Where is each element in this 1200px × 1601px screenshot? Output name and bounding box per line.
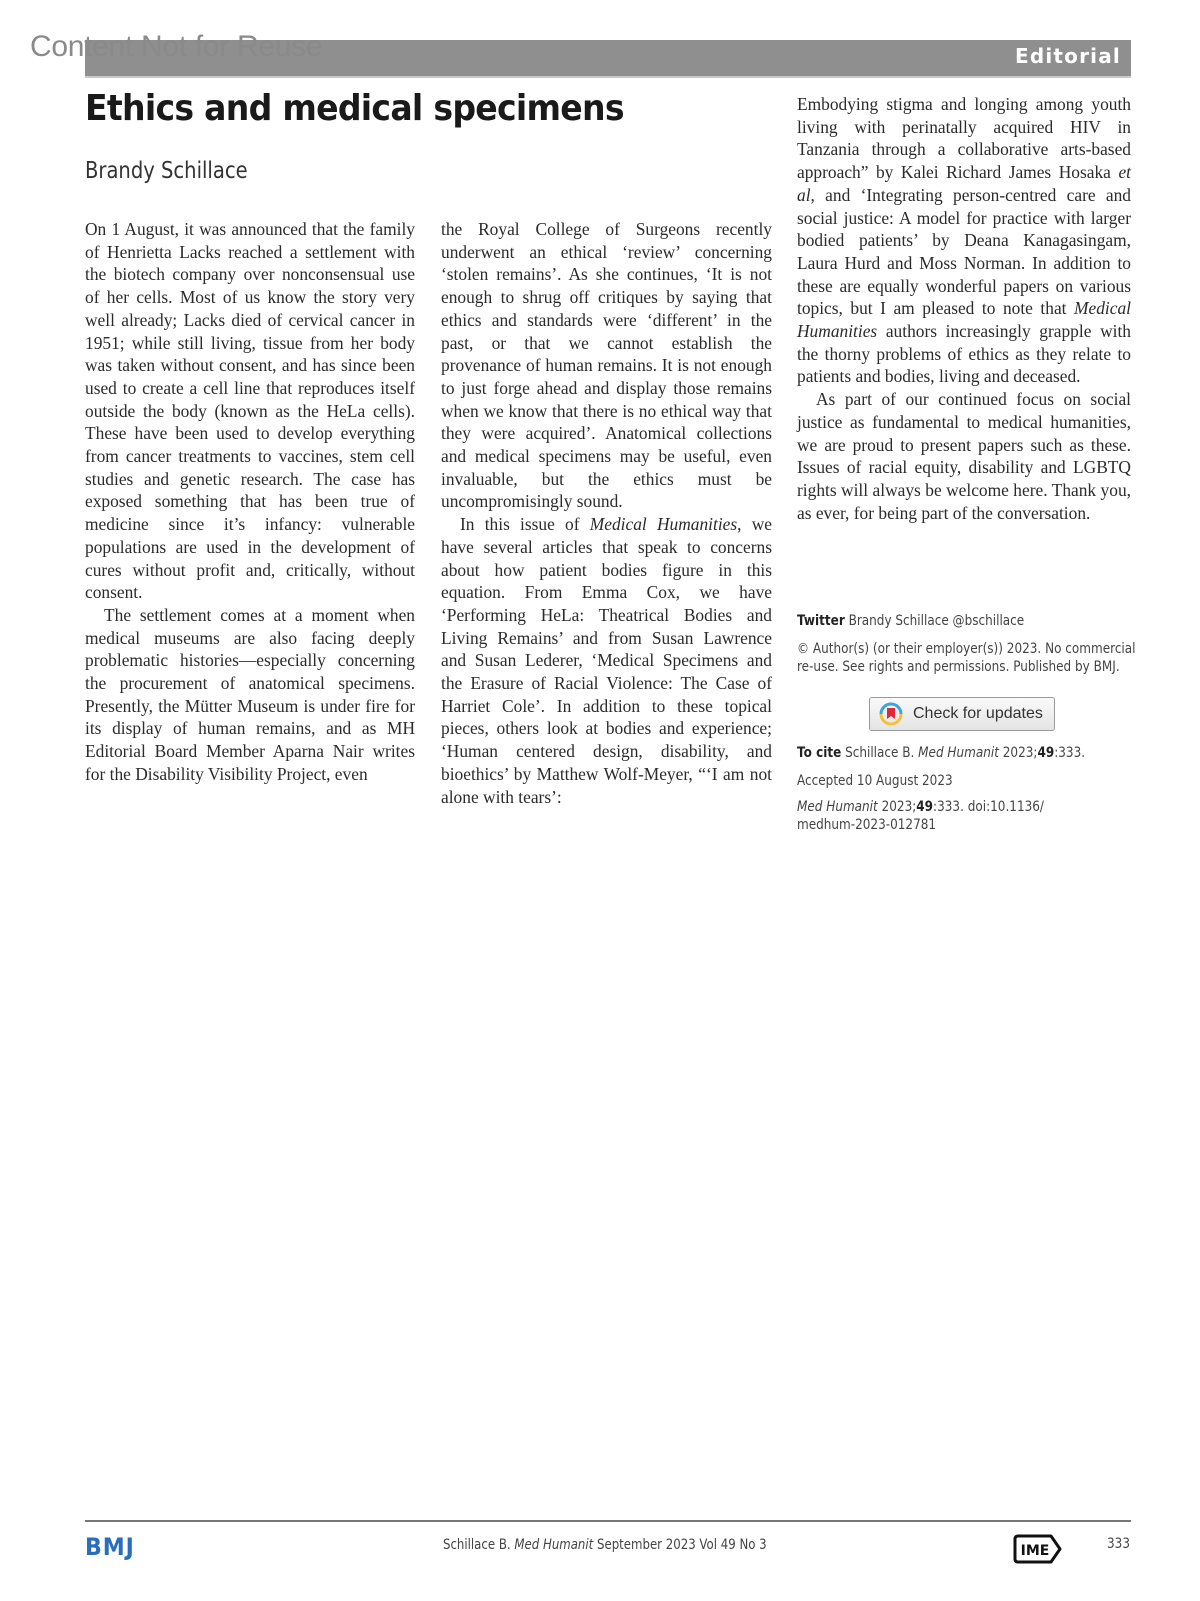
- text-run: , we have several articles that speak to…: [441, 514, 772, 806]
- article-title: Ethics and medical specimens: [85, 88, 624, 129]
- page-number: 333: [1107, 1536, 1130, 1552]
- accepted-date: Accepted 10 August 2023: [797, 773, 953, 789]
- footer-citation: Schillace B. Med Humanit September 2023 …: [443, 1537, 767, 1553]
- journal-name: Med Humanit: [797, 799, 878, 815]
- copyright-line: re-use. See rights and permissions. Publ…: [797, 659, 1120, 675]
- paragraph: In this issue of Medical Humanities, we …: [441, 513, 772, 808]
- volume: 49: [916, 799, 933, 815]
- ime-logo-icon: IME: [1013, 1533, 1065, 1565]
- volume: 49: [1037, 745, 1054, 761]
- text-run: In this issue of: [460, 514, 590, 534]
- journal-name: Med Humanit: [514, 1537, 593, 1553]
- text-run: :333.: [1054, 745, 1085, 761]
- paragraph: The settlement comes at a moment when me…: [85, 604, 415, 786]
- text-run: 2023;: [878, 799, 917, 815]
- text-run: September 2023 Vol 49 No 3: [593, 1537, 766, 1553]
- body-column-3: Embodying stigma and longing among youth…: [797, 93, 1131, 524]
- body-column-1: On 1 August, it was announced that the f…: [85, 218, 415, 786]
- text-run: Embodying stigma and longing among youth…: [797, 94, 1131, 182]
- citation-line: To cite Schillace B. Med Humanit 2023;49…: [797, 745, 1085, 761]
- copyright-line: © Author(s) (or their employer(s)) 2023.…: [797, 641, 1136, 657]
- bmj-logo: BMJ: [85, 1533, 135, 1561]
- section-label: Editorial: [1015, 44, 1121, 68]
- paragraph: the Royal College of Surgeons recently u…: [441, 218, 772, 513]
- crossmark-icon: [879, 702, 903, 726]
- cite-label: To cite: [797, 745, 841, 761]
- doi-line: Med Humanit 2023;49:333. doi:10.1136/: [797, 799, 1044, 815]
- twitter-handle[interactable]: Brandy Schillace @bschillace: [845, 613, 1024, 629]
- svg-text:IME: IME: [1021, 1543, 1050, 1559]
- journal-name: Med Humanit: [918, 745, 999, 761]
- twitter-line: Twitter Brandy Schillace @bschillace: [797, 613, 1024, 629]
- watermark: Content Not for Reuse: [30, 30, 322, 64]
- paragraph: On 1 August, it was announced that the f…: [85, 218, 415, 604]
- text-run: Schillace B.: [841, 745, 918, 761]
- check-for-updates-button[interactable]: Check for updates: [869, 697, 1055, 731]
- article-author: Brandy Schillace: [85, 158, 248, 184]
- twitter-label: Twitter: [797, 613, 845, 629]
- footer-divider: [85, 1520, 1131, 1522]
- paragraph: As part of our continued focus on social…: [797, 388, 1131, 524]
- paragraph: Embodying stigma and longing among youth…: [797, 93, 1131, 388]
- body-column-2: the Royal College of Surgeons recently u…: [441, 218, 772, 808]
- doi-line[interactable]: medhum-2023-012781: [797, 817, 936, 833]
- journal-name: Medical Humanities: [590, 514, 737, 534]
- check-for-updates-label: Check for updates: [913, 705, 1043, 723]
- doi-link[interactable]: :333. doi:10.1136/: [933, 799, 1044, 815]
- text-run: Schillace B.: [443, 1537, 514, 1553]
- text-run: 2023;: [999, 745, 1038, 761]
